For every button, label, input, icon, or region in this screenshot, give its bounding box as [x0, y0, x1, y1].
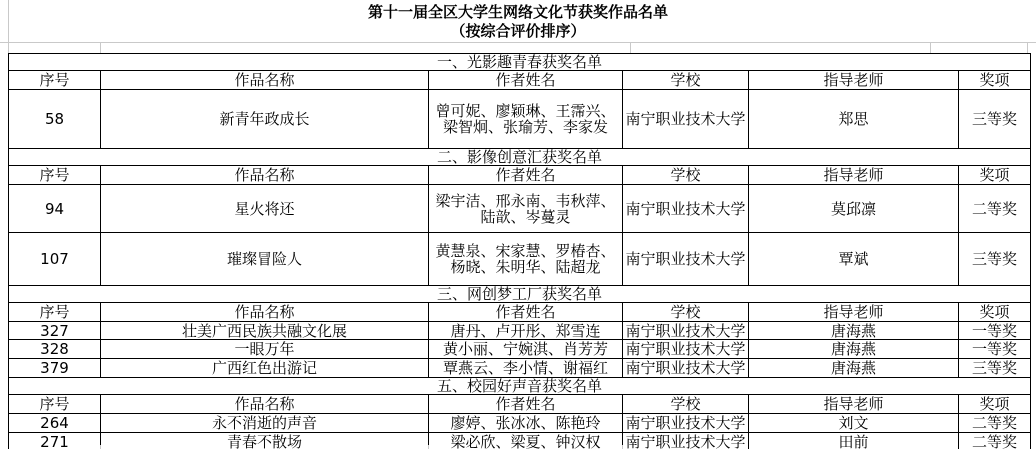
cell-authors: 廖婷、张冰冰、陈艳玲 — [429, 414, 623, 433]
column-header: 序号 — [9, 71, 101, 90]
table-row: 107璀璨冒险人黄慧泉、宋家慧、罗椿杏、杨晓、朱明华、陆超龙南宁职业技术大学覃斌… — [9, 233, 1031, 286]
cell-teacher: 田前 — [749, 433, 959, 449]
column-header: 作品名称 — [101, 166, 429, 185]
cell-award: 三等奖 — [959, 90, 1031, 149]
cell-serial: 328 — [9, 340, 101, 359]
column-header: 奖项 — [959, 166, 1031, 185]
header-row: 序号作品名称作者姓名学校指导老师奖项 — [9, 303, 1031, 322]
cell-authors: 曾可妮、廖颖琳、王霈兴、梁智炯、张瑜芳、李家发 — [429, 90, 623, 149]
cell-teacher: 唐海燕 — [749, 340, 959, 359]
cell-work-title: 青春不散场 — [101, 433, 429, 449]
cell-work-title: 广西红色出游记 — [101, 359, 429, 378]
cell-award: 二等奖 — [959, 433, 1031, 449]
cell-award: 二等奖 — [959, 414, 1031, 433]
cell-authors: 唐丹、卢开彤、郑雪连 — [429, 322, 623, 340]
column-header: 学校 — [623, 166, 749, 185]
header-row: 序号作品名称作者姓名学校指导老师奖项 — [9, 71, 1031, 90]
cell-authors: 梁宇洁、邢永南、韦秋萍、陆歆、岑蔓灵 — [429, 185, 623, 233]
cell-school: 南宁职业技术大学 — [623, 185, 749, 233]
cell-award: 三等奖 — [959, 233, 1031, 286]
document-title-line2: （按综合评价排序） — [0, 22, 1036, 41]
table-row: 328一眼万年黄小丽、宁婉淇、肖芳芳南宁职业技术大学唐海燕一等奖 — [9, 340, 1031, 359]
sheet-gridline — [622, 445, 623, 449]
sheet-gridline — [428, 445, 429, 449]
sheet-gridline — [8, 0, 9, 53]
document-title: 第十一届全区大学生网络文化节获奖作品名单 （按综合评价排序） — [0, 3, 1036, 41]
cell-authors: 梁必欣、梁夏、钟汉权 — [429, 433, 623, 449]
cell-award: 二等奖 — [959, 185, 1031, 233]
cell-authors: 覃燕云、李小情、谢福红 — [429, 359, 623, 378]
sheet-gridline — [100, 42, 101, 53]
cell-work-title: 新青年政成长 — [101, 90, 429, 149]
cell-award: 一等奖 — [959, 322, 1031, 340]
cell-serial: 379 — [9, 359, 101, 378]
header-row: 序号作品名称作者姓名学校指导老师奖项 — [9, 395, 1031, 414]
column-header: 学校 — [623, 303, 749, 322]
awards-table: 一、光影趣青春获奖名单序号作品名称作者姓名学校指导老师奖项58新青年政成长曾可妮… — [8, 53, 1031, 449]
cell-award: 三等奖 — [959, 359, 1031, 378]
cell-school: 南宁职业技术大学 — [623, 359, 749, 378]
cell-serial: 327 — [9, 322, 101, 340]
column-header: 作者姓名 — [429, 71, 623, 90]
sheet-gridline — [0, 42, 1036, 43]
cell-serial: 94 — [9, 185, 101, 233]
cell-work-title: 一眼万年 — [101, 340, 429, 359]
section-header: 一、光影趣青春获奖名单 — [9, 54, 1031, 71]
table-row: 58新青年政成长曾可妮、廖颖琳、王霈兴、梁智炯、张瑜芳、李家发南宁职业技术大学郑… — [9, 90, 1031, 149]
column-header: 指导老师 — [749, 395, 959, 414]
column-header: 序号 — [9, 395, 101, 414]
cell-school: 南宁职业技术大学 — [623, 233, 749, 286]
cell-work-title: 星火将还 — [101, 185, 429, 233]
sheet-gridline — [1027, 42, 1028, 53]
table-row: 327壮美广西民族共融文化展唐丹、卢开彤、郑雪连南宁职业技术大学唐海燕一等奖 — [9, 322, 1031, 340]
column-header: 作品名称 — [101, 71, 429, 90]
column-header: 学校 — [623, 395, 749, 414]
table-row: 379广西红色出游记覃燕云、李小情、谢福红南宁职业技术大学唐海燕三等奖 — [9, 359, 1031, 378]
cell-teacher: 覃斌 — [749, 233, 959, 286]
cell-teacher: 唐海燕 — [749, 322, 959, 340]
column-header: 作者姓名 — [429, 395, 623, 414]
column-header: 指导老师 — [749, 71, 959, 90]
column-header: 作者姓名 — [429, 303, 623, 322]
section-header: 五、校园好声音获奖名单 — [9, 378, 1031, 395]
cell-teacher: 唐海燕 — [749, 359, 959, 378]
cell-work-title: 永不消逝的声音 — [101, 414, 429, 433]
cell-teacher: 莫邱凛 — [749, 185, 959, 233]
sheet-gridline — [930, 42, 931, 53]
column-header: 奖项 — [959, 395, 1031, 414]
cell-serial: 264 — [9, 414, 101, 433]
cell-school: 南宁职业技术大学 — [623, 90, 749, 149]
cell-serial: 271 — [9, 433, 101, 449]
cell-work-title: 璀璨冒险人 — [101, 233, 429, 286]
column-header: 序号 — [9, 303, 101, 322]
column-header: 作品名称 — [101, 395, 429, 414]
cell-authors: 黄小丽、宁婉淇、肖芳芳 — [429, 340, 623, 359]
header-row: 序号作品名称作者姓名学校指导老师奖项 — [9, 166, 1031, 185]
cell-teacher: 刘文 — [749, 414, 959, 433]
section-header: 三、网创梦工厂获奖名单 — [9, 286, 1031, 303]
column-header: 作者姓名 — [429, 166, 623, 185]
cell-serial: 107 — [9, 233, 101, 286]
cell-serial: 58 — [9, 90, 101, 149]
cell-award: 一等奖 — [959, 340, 1031, 359]
column-header: 学校 — [623, 71, 749, 90]
cell-authors: 黄慧泉、宋家慧、罗椿杏、杨晓、朱明华、陆超龙 — [429, 233, 623, 286]
column-header: 奖项 — [959, 303, 1031, 322]
sheet-gridline — [630, 42, 631, 53]
table-row: 94星火将还梁宇洁、邢永南、韦秋萍、陆歆、岑蔓灵南宁职业技术大学莫邱凛二等奖 — [9, 185, 1031, 233]
document-title-line1: 第十一届全区大学生网络文化节获奖作品名单 — [0, 3, 1036, 22]
column-header: 序号 — [9, 166, 101, 185]
column-header: 奖项 — [959, 71, 1031, 90]
column-header: 指导老师 — [749, 303, 959, 322]
cell-work-title: 壮美广西民族共融文化展 — [101, 322, 429, 340]
table-row: 271青春不散场梁必欣、梁夏、钟汉权南宁职业技术大学田前二等奖 — [9, 433, 1031, 449]
spreadsheet-view: 第十一届全区大学生网络文化节获奖作品名单 （按综合评价排序） 一、光影趣青春获奖… — [0, 0, 1036, 449]
section-header: 二、影像创意汇获奖名单 — [9, 149, 1031, 166]
cell-school: 南宁职业技术大学 — [623, 340, 749, 359]
column-header: 指导老师 — [749, 166, 959, 185]
cell-school: 南宁职业技术大学 — [623, 433, 749, 449]
cell-school: 南宁职业技术大学 — [623, 322, 749, 340]
cell-school: 南宁职业技术大学 — [623, 414, 749, 433]
sheet-gridline — [100, 445, 101, 449]
cell-teacher: 郑思 — [749, 90, 959, 149]
table-row: 264永不消逝的声音廖婷、张冰冰、陈艳玲南宁职业技术大学刘文二等奖 — [9, 414, 1031, 433]
column-header: 作品名称 — [101, 303, 429, 322]
